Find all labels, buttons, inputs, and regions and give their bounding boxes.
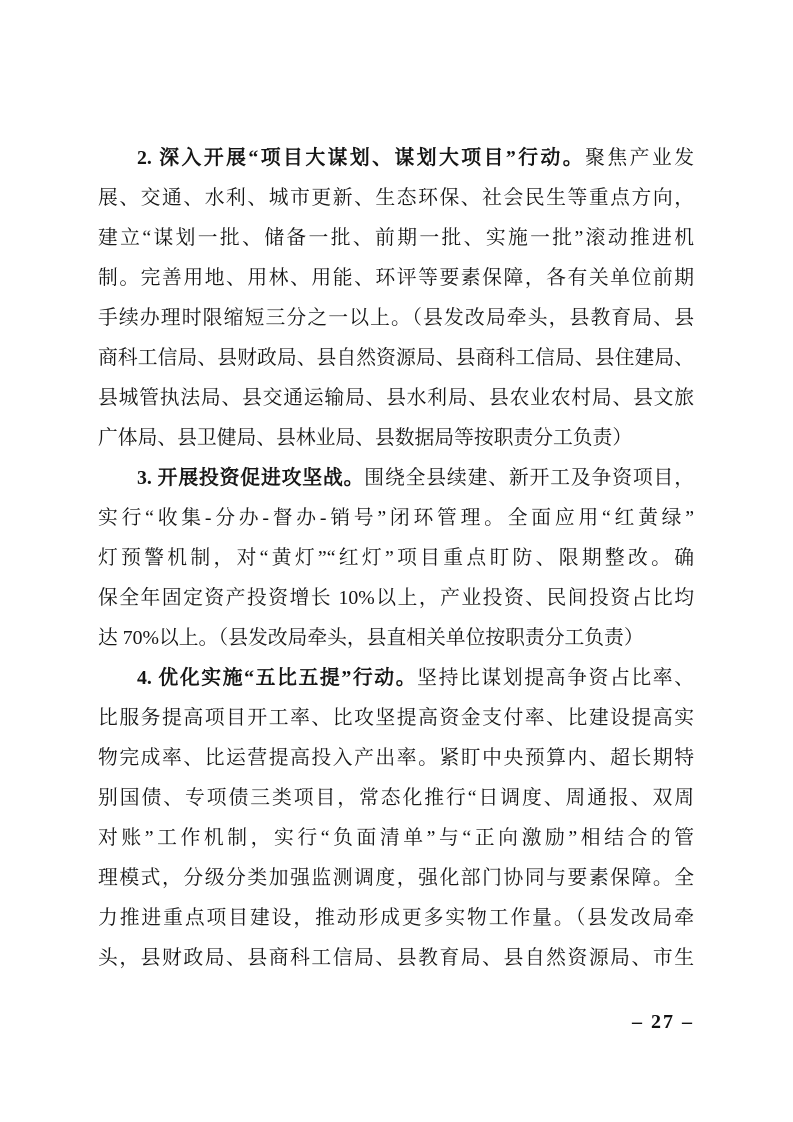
text-line: 灯预警机制，对“黄灯”“红灯”项目重点盯防、限期整改。确 <box>98 538 694 578</box>
text-line: 2. 深入开展“项目大谋划、谋划大项目”行动。聚焦产业发 <box>98 138 694 178</box>
text-line: 理模式，分级分类加强监测调度，强化部门协同与要素保障。全 <box>98 858 694 898</box>
document-page: 2. 深入开展“项目大谋划、谋划大项目”行动。聚焦产业发展、交通、水利、城市更新… <box>0 0 793 1122</box>
text-line: 4. 优化实施“五比五提”行动。坚持比谋划提高争资占比率、 <box>98 658 694 698</box>
text-line: 别国债、专项债三类项目，常态化推行“日调度、周通报、双周 <box>98 778 694 818</box>
text-line: 广体局、县卫健局、县林业局、县数据局等按职责分工负责） <box>98 418 694 458</box>
document-body: 2. 深入开展“项目大谋划、谋划大项目”行动。聚焦产业发展、交通、水利、城市更新… <box>98 138 694 978</box>
text-line: 达 70%以上。（县发改局牵头，县直相关单位按职责分工负责） <box>98 618 694 658</box>
text-line: 头，县财政局、县商科工信局、县教育局、县自然资源局、市生 <box>98 938 694 978</box>
page-number: – 27 – <box>632 1008 694 1036</box>
paragraph: 2. 深入开展“项目大谋划、谋划大项目”行动。聚焦产业发展、交通、水利、城市更新… <box>98 138 694 458</box>
text-line: 手续办理时限缩短三分之一以上。（县发改局牵头，县教育局、县 <box>98 298 694 338</box>
text-line: 物完成率、比运营提高投入产出率。紧盯中央预算内、超长期特 <box>98 738 694 778</box>
paragraph: 3. 开展投资促进攻坚战。围绕全县续建、新开工及争资项目，实行“收集-分办-督办… <box>98 458 694 658</box>
text-line: 县城管执法局、县交通运输局、县水利局、县农业农村局、县文旅 <box>98 378 694 418</box>
text-line: 比服务提高项目开工率、比攻坚提高资金支付率、比建设提高实 <box>98 698 694 738</box>
text-line: 对账”工作机制，实行“负面清单”与“正向激励”相结合的管 <box>98 818 694 858</box>
paragraph-lead: 2. 深入开展“项目大谋划、谋划大项目”行动。 <box>137 147 585 169</box>
paragraph: 4. 优化实施“五比五提”行动。坚持比谋划提高争资占比率、比服务提高项目开工率、… <box>98 658 694 978</box>
text-line: 商科工信局、县财政局、县自然资源局、县商科工信局、县住建局、 <box>98 338 694 378</box>
text-line: 实行“收集-分办-督办-销号”闭环管理。全面应用“红黄绿” <box>98 498 694 538</box>
text-line: 保全年固定资产投资增长 10%以上，产业投资、民间投资占比均 <box>98 578 694 618</box>
text-line: 建立“谋划一批、储备一批、前期一批、实施一批”滚动推进机 <box>98 218 694 258</box>
text-line: 制。完善用地、用林、用能、环评等要素保障，各有关单位前期 <box>98 258 694 298</box>
paragraph-lead: 4. 优化实施“五比五提”行动。 <box>137 667 417 689</box>
text-line: 展、交通、水利、城市更新、生态环保、社会民生等重点方向， <box>98 178 694 218</box>
paragraph-lead: 3. 开展投资促进攻坚战。 <box>137 467 364 489</box>
text-line: 3. 开展投资促进攻坚战。围绕全县续建、新开工及争资项目， <box>98 458 694 498</box>
text-line: 力推进重点项目建设，推动形成更多实物工作量。（县发改局牵 <box>98 898 694 938</box>
